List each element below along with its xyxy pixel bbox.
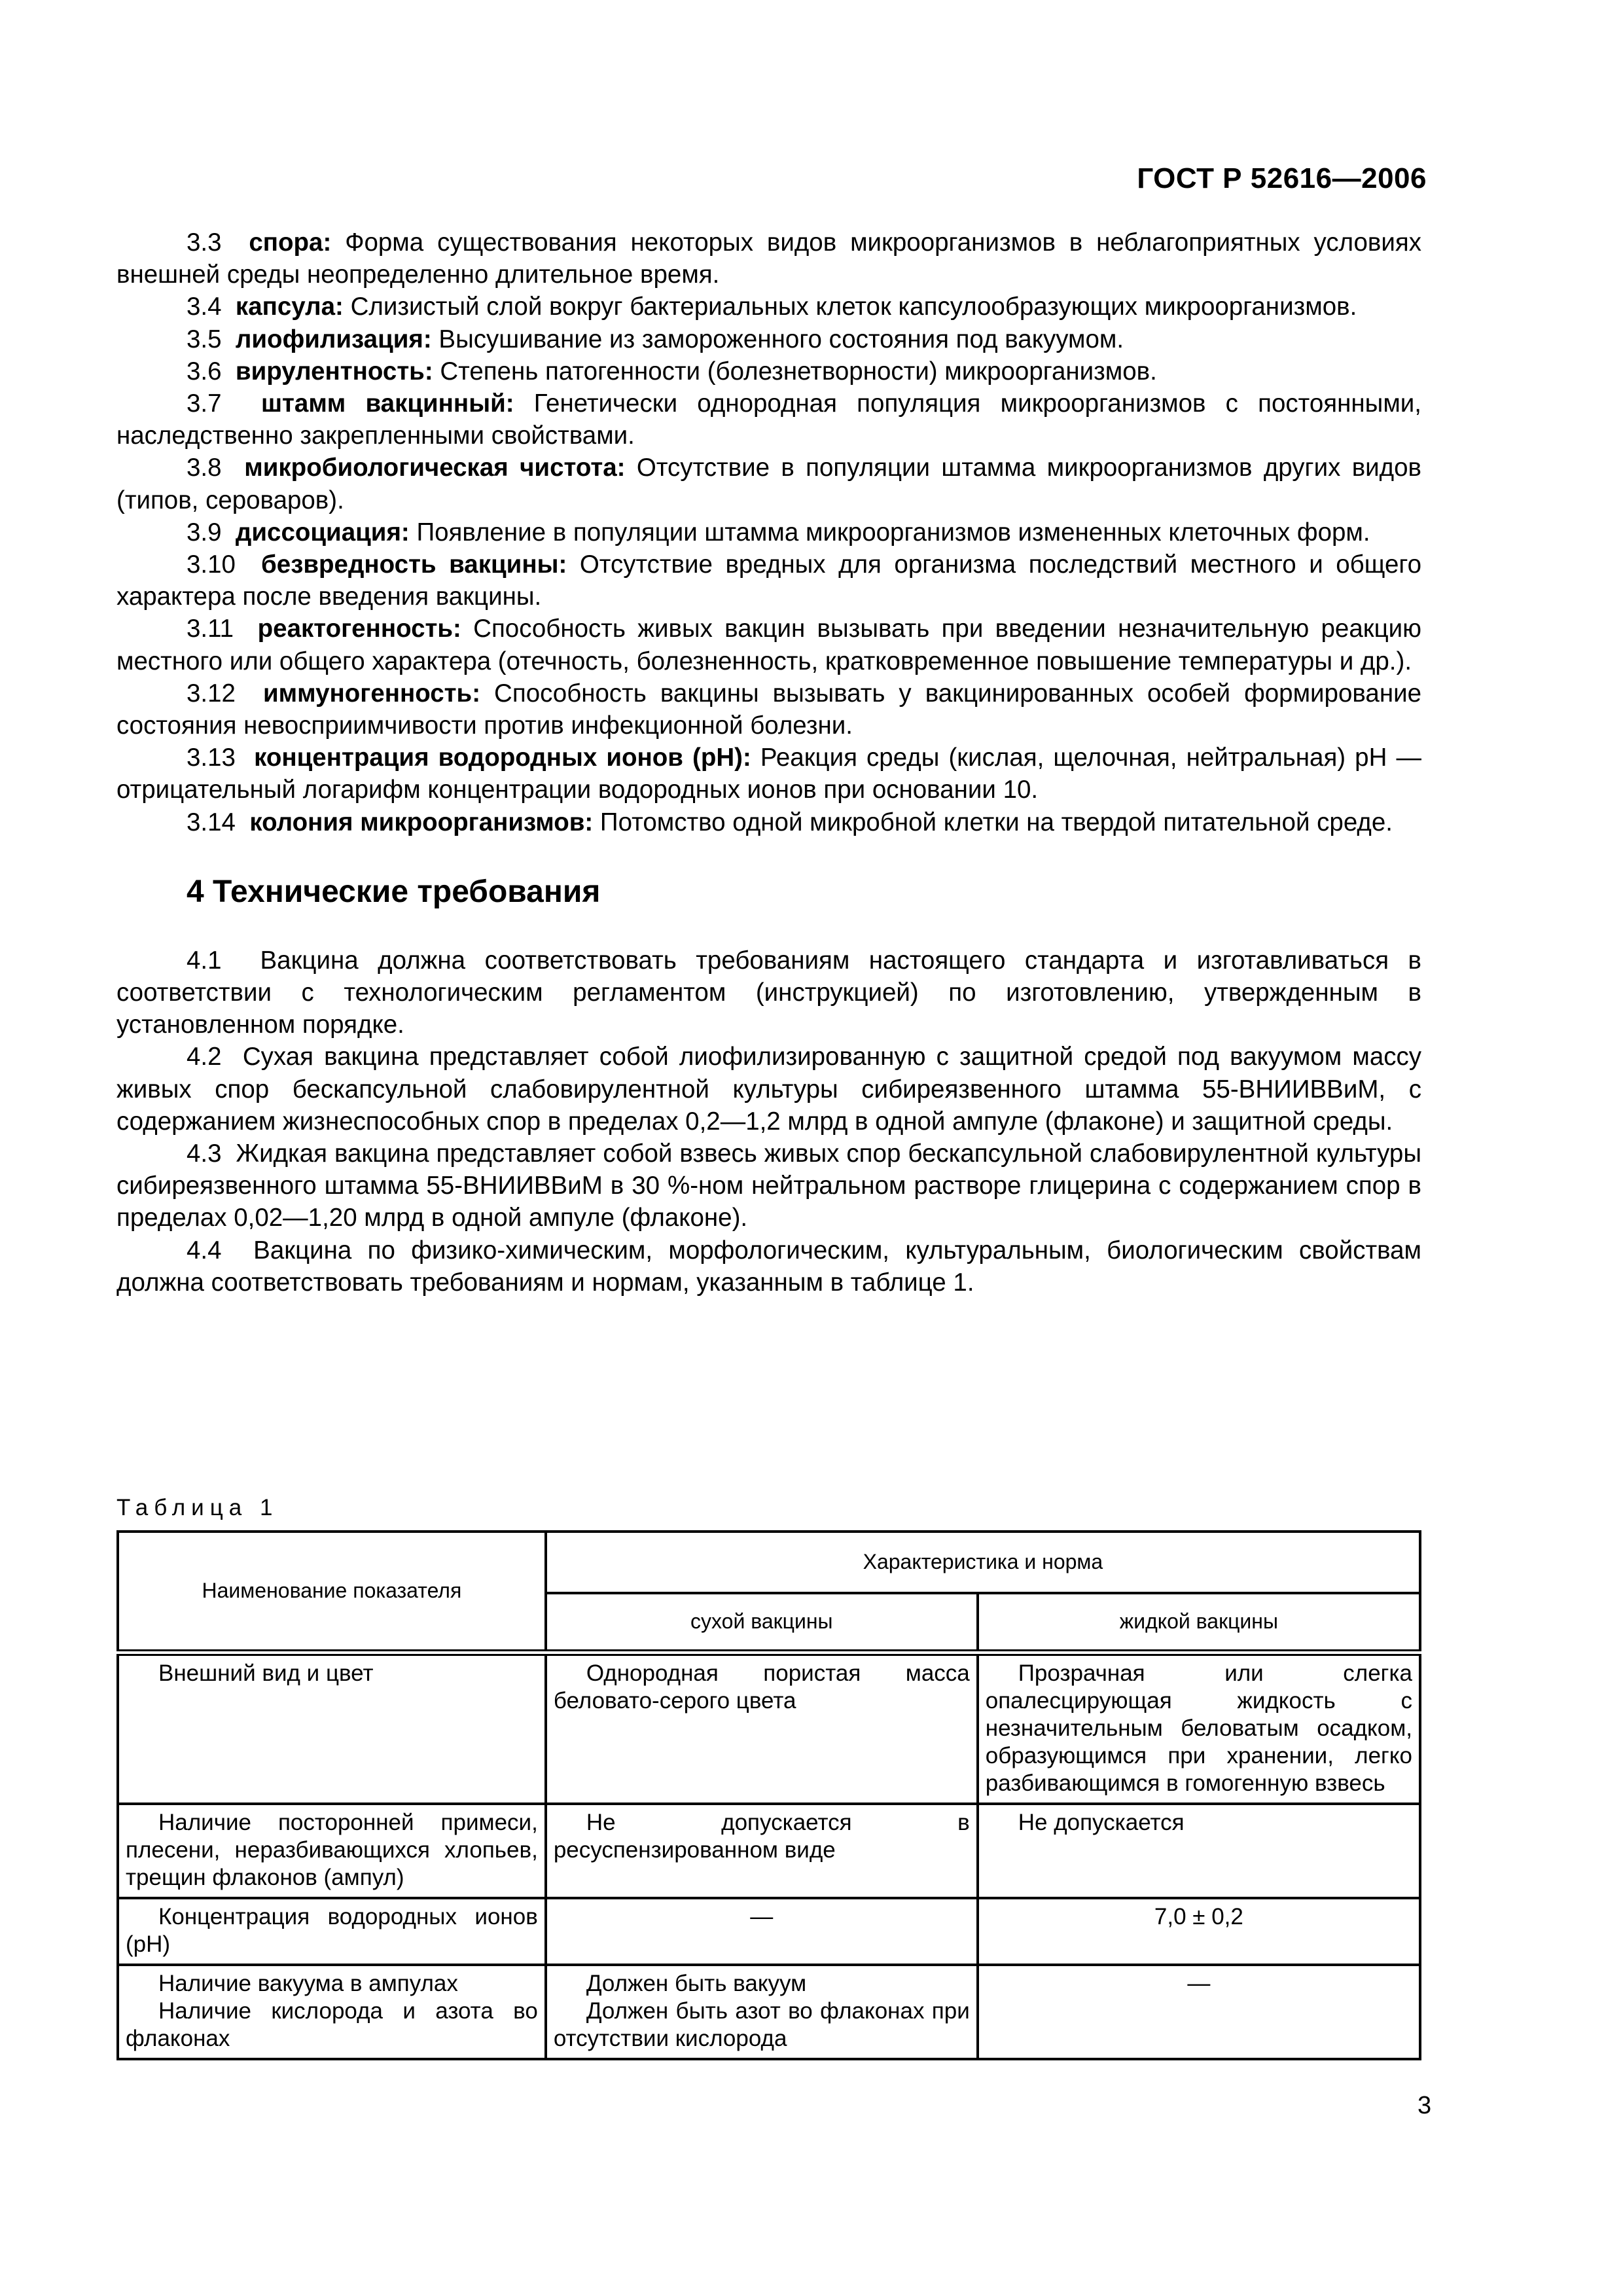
definition-number: 3.11 <box>187 615 258 643</box>
definition-term: иммуногенность: <box>263 679 480 708</box>
cell-text: Наличие кислорода и азота во флаконах <box>126 1998 538 2053</box>
definition-text: Потомство одной микробной клетки на твер… <box>593 808 1393 836</box>
header-group: Характеристика и норма <box>546 1532 1420 1593</box>
definition-number: 3.5 <box>187 325 236 353</box>
cell-text: Не допускается <box>986 1809 1412 1837</box>
header-dry: сухой вакцины <box>546 1593 978 1653</box>
definition-term: спора: <box>249 228 331 257</box>
document-code: ГОСТ Р 52616—2006 <box>1137 162 1427 195</box>
cell-text: Не допускается в ресуспензированном виде <box>554 1809 970 1864</box>
definition-term: реактогенность: <box>258 615 461 643</box>
table-row: Концентрация водородных ионов (pH)—7,0 ±… <box>118 1898 1420 1965</box>
table-row: Наличие вакуума в ампулахНаличие кислоро… <box>118 1965 1420 2059</box>
definition-text: Высушивание из замороженного состояния п… <box>432 325 1124 353</box>
definition-number: 3.10 <box>187 550 261 579</box>
table-row: Внешний вид и цветОднородная пористая ма… <box>118 1653 1420 1804</box>
cell-dry: — <box>546 1898 978 1965</box>
table-body: Внешний вид и цветОднородная пористая ма… <box>118 1653 1420 2059</box>
requirement-paragraph: 4.1 Вакцина должна соответствовать требо… <box>116 944 1421 1041</box>
definition-number: 3.3 <box>187 228 249 257</box>
table-caption: Таблица 1 <box>116 1495 278 1521</box>
definition-term: концентрация водородных ионов (pH): <box>254 744 751 772</box>
definition-item: 3.12 иммуногенность: Способность вакцины… <box>116 677 1421 742</box>
definition-term: безвредность вакцины: <box>261 550 567 579</box>
cell-text: Концентрация водородных ионов (pH) <box>126 1903 538 1958</box>
definition-text: Слизистый слой вокруг бактериальных клет… <box>344 293 1357 321</box>
cell-dry: Не допускается в ресуспензированном виде <box>546 1804 978 1898</box>
requirement-paragraph: 4.3 Жидкая вакцина представляет собой вз… <box>116 1138 1421 1234</box>
cell-text: 7,0 ± 0,2 <box>986 1903 1412 1931</box>
requirements-table: Наименование показателя Характеристика и… <box>116 1530 1421 2060</box>
cell-indicator: Внешний вид и цвет <box>118 1653 546 1804</box>
cell-indicator: Наличие посторонней примеси, плесени, не… <box>118 1804 546 1898</box>
document-body: 3.3 спора: Форма существования некоторых… <box>116 226 1421 1299</box>
definition-number: 3.7 <box>187 389 261 418</box>
definition-item: 3.5 лиофилизация: Высушивание из заморож… <box>116 323 1421 355</box>
cell-liquid: — <box>978 1965 1420 2059</box>
definition-text: Степень патогенности (болезнетворности) … <box>433 357 1157 386</box>
definition-item: 3.7 штамм вакцинный: Генетически однород… <box>116 387 1421 452</box>
cell-indicator: Концентрация водородных ионов (pH) <box>118 1898 546 1965</box>
cell-indicator: Наличие вакуума в ампулахНаличие кислоро… <box>118 1965 546 2059</box>
cell-text: — <box>986 1970 1412 1998</box>
cell-liquid: 7,0 ± 0,2 <box>978 1898 1420 1965</box>
definition-term: вирулентность: <box>236 357 433 386</box>
definition-item: 3.9 диссоциация: Появление в популяции ш… <box>116 516 1421 548</box>
definition-term: капсула: <box>236 293 344 321</box>
definition-item: 3.11 реактогенность: Способность живых в… <box>116 613 1421 677</box>
definition-number: 3.9 <box>187 518 236 547</box>
definition-term: микробиологическая чистота: <box>244 454 625 482</box>
definition-number: 3.14 <box>187 808 249 836</box>
cell-text: Прозрачная или слегка опалесцирующая жид… <box>986 1660 1412 1797</box>
cell-text: Наличие посторонней примеси, плесени, не… <box>126 1809 538 1892</box>
cell-dry: Однородная пористая масса беловато-серог… <box>546 1653 978 1804</box>
section-4-paragraphs: 4.1 Вакцина должна соответствовать требо… <box>116 944 1421 1299</box>
definition-text: Появление в популяции штамма микрооргани… <box>410 518 1370 547</box>
cell-dry: Должен быть вакуумДолжен быть азот во фл… <box>546 1965 978 2059</box>
definition-number: 3.13 <box>187 744 254 772</box>
definition-term: диссоциация: <box>236 518 410 547</box>
document-page: ГОСТ Р 52616—2006 3.3 спора: Форма сущес… <box>0 0 1623 2296</box>
definition-term: лиофилизация: <box>236 325 432 353</box>
cell-text: Наличие вакуума в ампулах <box>126 1970 538 1998</box>
header-indicator: Наименование показателя <box>118 1532 546 1653</box>
definition-item: 3.13 концентрация водородных ионов (pH):… <box>116 742 1421 806</box>
definitions-list: 3.3 спора: Форма существования некоторых… <box>116 226 1421 838</box>
definition-item: 3.3 спора: Форма существования некоторых… <box>116 226 1421 291</box>
cell-text: Внешний вид и цвет <box>126 1660 538 1687</box>
section-title: 4 Технические требования <box>187 872 1421 912</box>
page-number: 3 <box>1418 2092 1431 2120</box>
definition-item: 3.14 колония микроорганизмов: Потомство … <box>116 806 1421 838</box>
cell-liquid: Не допускается <box>978 1804 1420 1898</box>
definition-number: 3.12 <box>187 679 263 708</box>
definition-number: 3.6 <box>187 357 236 386</box>
cell-text: Должен быть вакуум <box>554 1970 970 1998</box>
requirement-paragraph: 4.2 Сухая вакцина представляет собой лио… <box>116 1041 1421 1138</box>
requirement-paragraph: 4.4 Вакцина по физико-химическим, морфол… <box>116 1234 1421 1299</box>
definition-term: колония микроорганизмов: <box>249 808 593 836</box>
header-liquid: жидкой вакцины <box>978 1593 1420 1653</box>
definition-number: 3.4 <box>187 293 236 321</box>
table-row: Наличие посторонней примеси, плесени, не… <box>118 1804 1420 1898</box>
cell-text: Однородная пористая масса беловато-серог… <box>554 1660 970 1715</box>
definition-item: 3.10 безвредность вакцины: Отсутствие вр… <box>116 548 1421 613</box>
cell-liquid: Прозрачная или слегка опалесцирующая жид… <box>978 1653 1420 1804</box>
cell-text: — <box>554 1903 970 1931</box>
definition-number: 3.8 <box>187 454 244 482</box>
definition-item: 3.4 капсула: Слизистый слой вокруг бакте… <box>116 291 1421 323</box>
cell-text: Должен быть азот во флаконах при отсутст… <box>554 1998 970 2053</box>
definition-term: штамм вакцинный: <box>261 389 514 418</box>
definition-item: 3.8 микробиологическая чистота: Отсутств… <box>116 452 1421 516</box>
definition-item: 3.6 вирулентность: Степень патогенности … <box>116 355 1421 387</box>
